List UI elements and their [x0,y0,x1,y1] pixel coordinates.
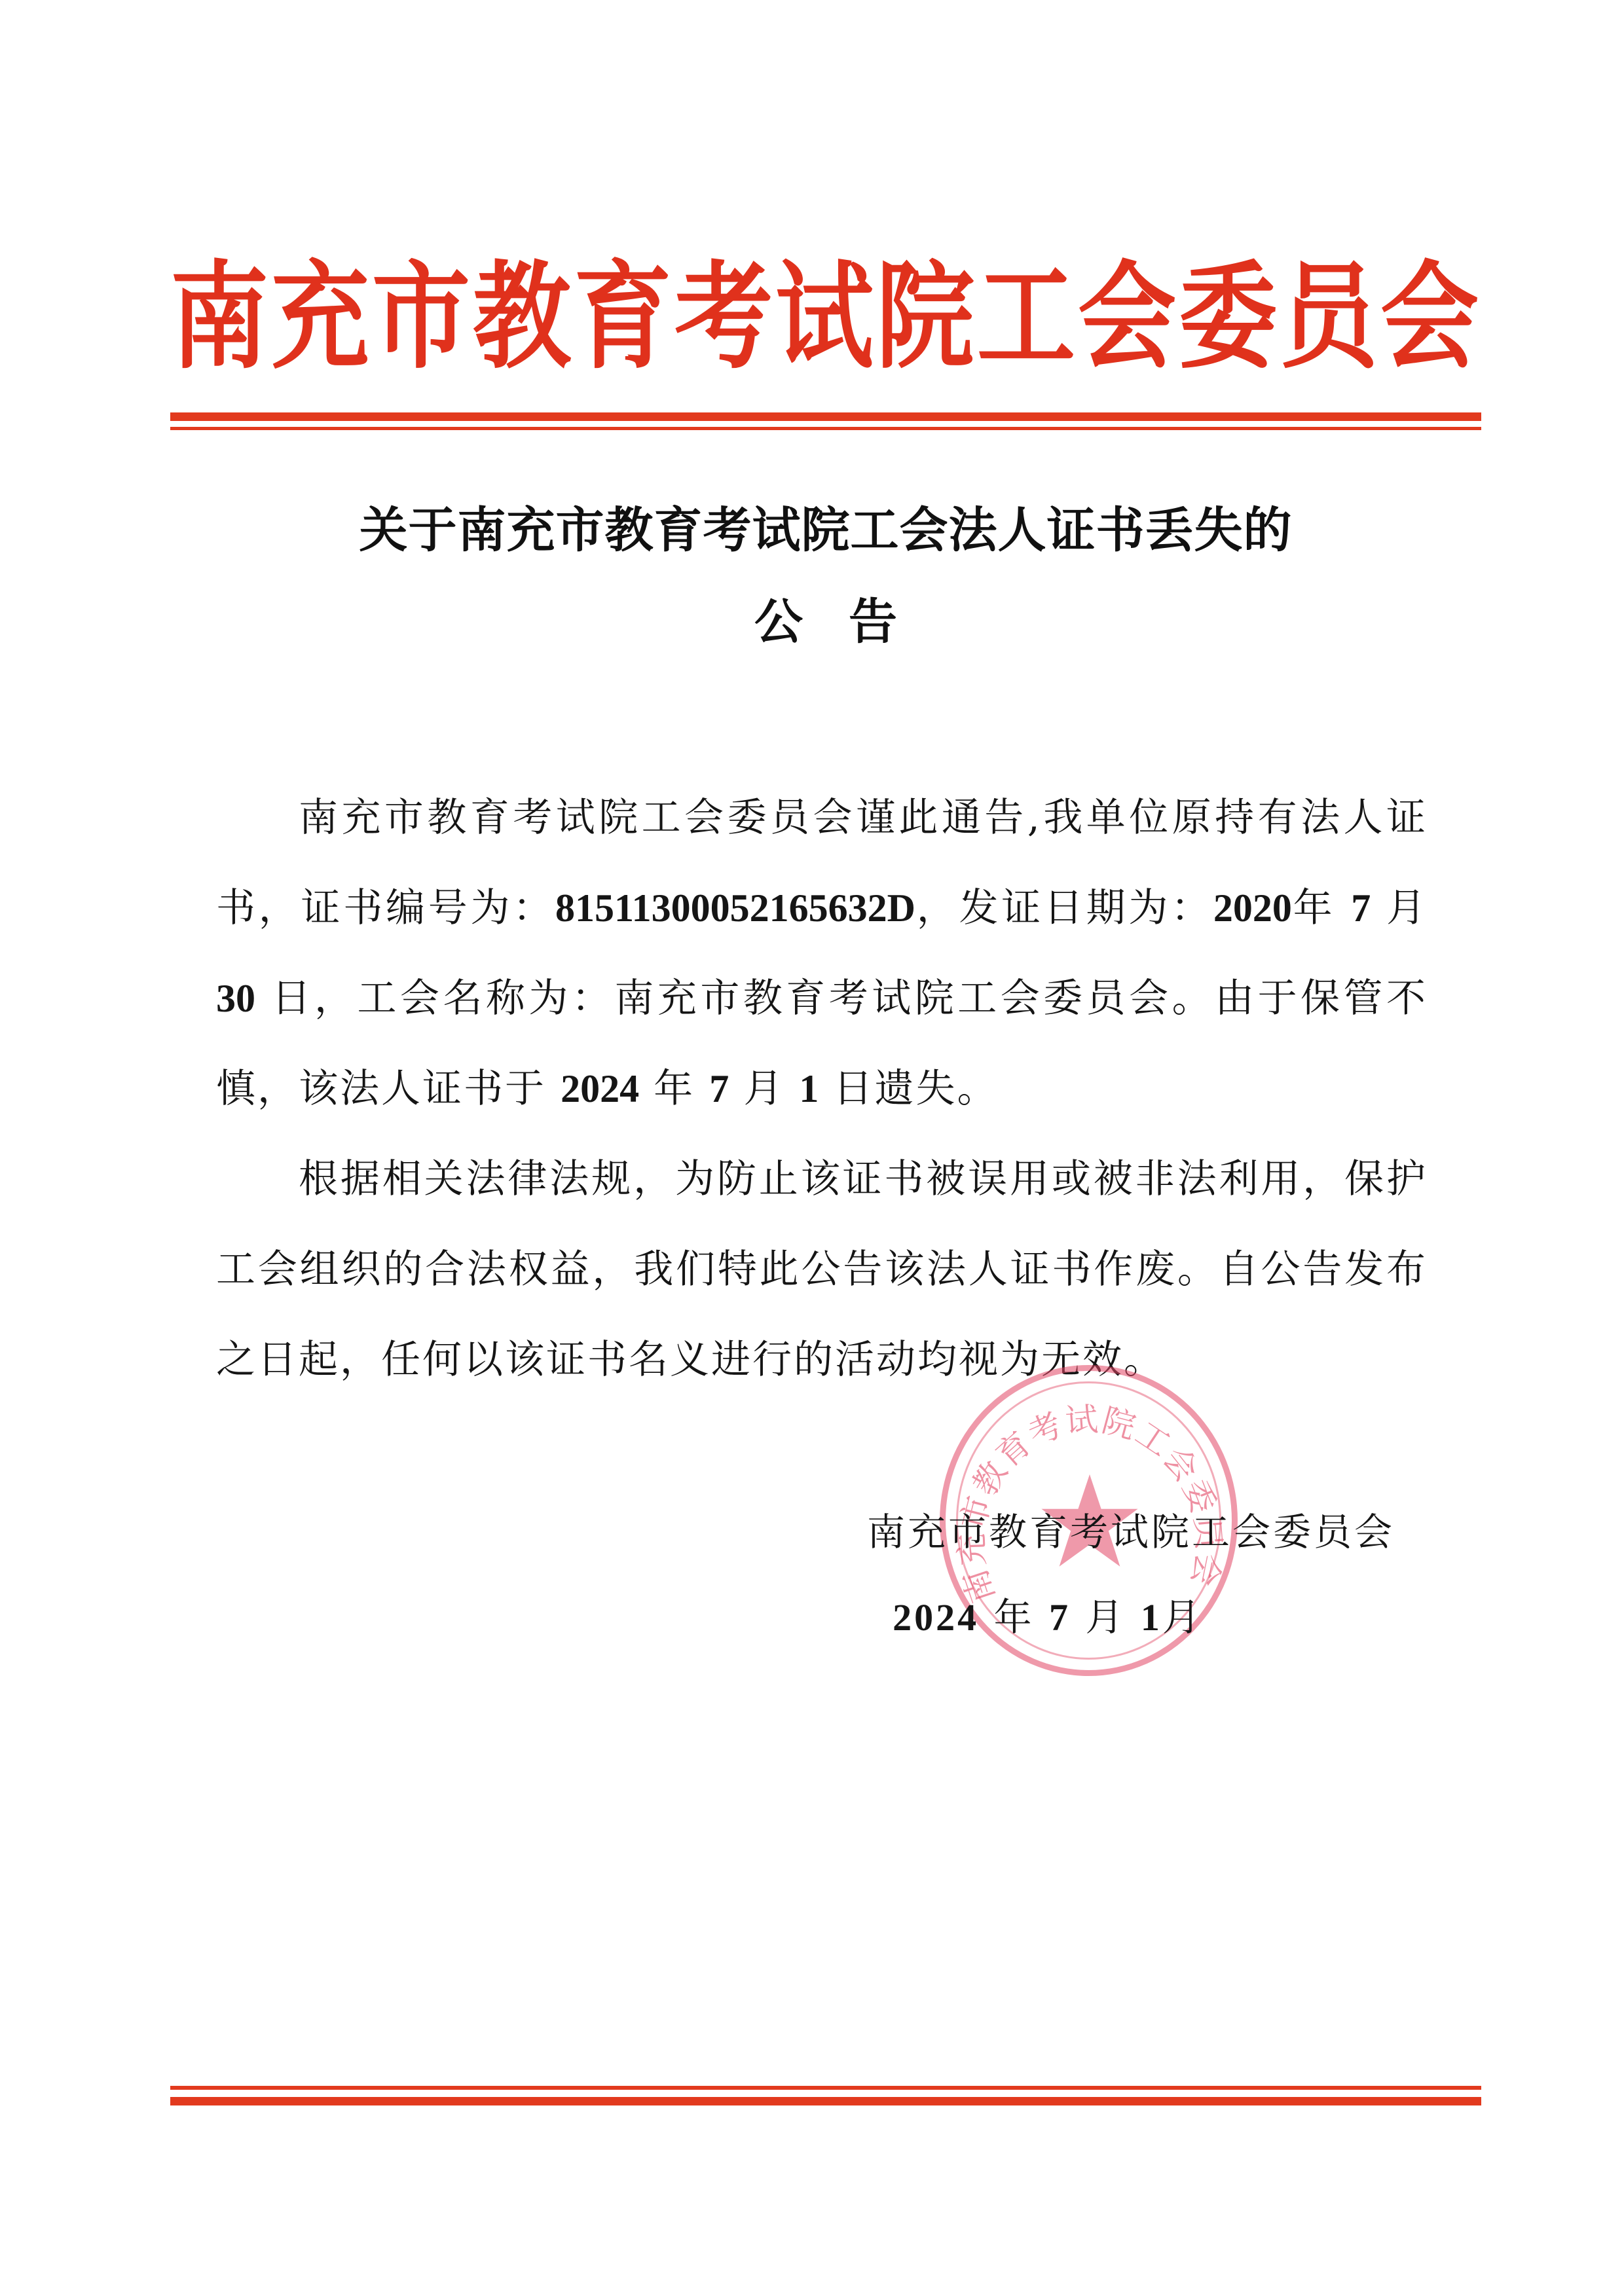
text-segment: 根据相关法律法规，为防止该证书被误用或被非法利用，保护工会组织的合法权益，我们特… [216,1156,1428,1383]
text-segment: ，发证日期为： [915,885,1213,931]
date-day-unit: 月 [1162,1595,1203,1639]
signature-organization: 南充市教育考试院工会委员会 [805,1506,1395,1558]
loss-year: 2024 [561,1067,639,1110]
date-year: 2024 [893,1596,979,1639]
notice-subtitle: 公告 [170,589,1481,655]
issue-day: 30 [216,977,255,1020]
paragraph-announcement: 南充市教育考试院工会委员会谨此通告,我单位原持有法人证书，证书编号为：81511… [216,773,1428,1134]
notice-title: 关于南充市教育考试院工会法人证书丢失的 [170,498,1481,563]
footer-rule-thick [170,2097,1481,2105]
letterhead-rule-thick [170,412,1481,421]
footer-rule-thin [170,2086,1481,2090]
loss-month: 7 [709,1067,729,1110]
notice-body: 南充市教育考试院工会委员会谨此通告,我单位原持有法人证书，证书编号为：81511… [216,773,1428,1405]
text-segment: 日遗失。 [833,1066,998,1112]
letterhead-title: 南充市教育考试院工会委员会 [170,232,1481,403]
paragraph-invalidation: 根据相关法律法规，为防止该证书被误用或被非法利用，保护工会组织的合法权益，我们特… [216,1134,1428,1405]
text-segment: 月 [743,1066,784,1112]
text-segment: 年 [654,1066,695,1112]
date-month-unit: 月 [1085,1595,1126,1639]
issue-month: 7 [1351,886,1371,930]
signature-date: 2024 年 7 月 1月 [851,1591,1244,1644]
letterhead-rule-thin [170,427,1481,430]
text-segment: 年 [1292,885,1335,931]
date-day: 1 [1141,1596,1162,1639]
date-month: 7 [1049,1596,1071,1639]
text-segment: 月 [1386,885,1428,931]
issue-year: 2020 [1213,886,1292,930]
text-segment: 日，工会名称为：南充市教育考试院工会委员会。由于保管不慎，该法人证书于 [216,975,1428,1112]
certificate-number: 81511300052165632D [555,886,915,930]
date-year-unit: 年 [994,1595,1035,1639]
loss-day: 1 [799,1067,819,1110]
